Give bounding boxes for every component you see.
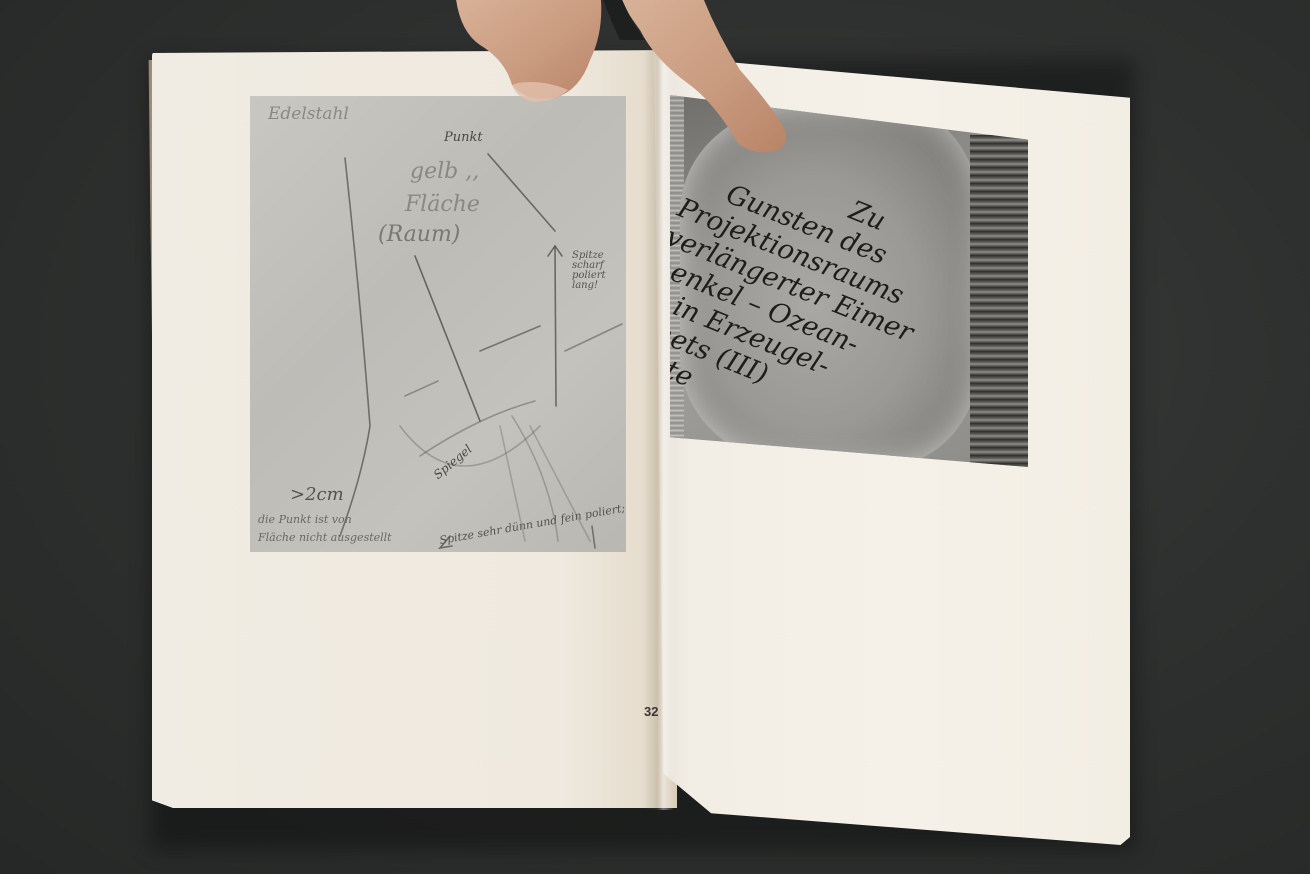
page-number: 32	[644, 704, 658, 719]
sketch-title: Edelstahl	[268, 106, 349, 123]
hand-icon	[440, 0, 800, 165]
sketch-label-flaeche: Fläche	[405, 194, 480, 216]
book-photo-scene: Edelstahl Punkt gelb ,, Fläche (Raum) Sp…	[0, 0, 1310, 874]
sketch-note-line1: die Punkt ist von	[258, 514, 352, 525]
sketch-label-raum: (Raum)	[378, 224, 460, 246]
sketch-label-measure: >2cm	[290, 486, 344, 504]
sketch-label-spitze-side: Spitze scharf poliert lang!	[572, 251, 620, 291]
sketch-note-line2: Fläche nicht ausgestellt	[258, 532, 392, 543]
